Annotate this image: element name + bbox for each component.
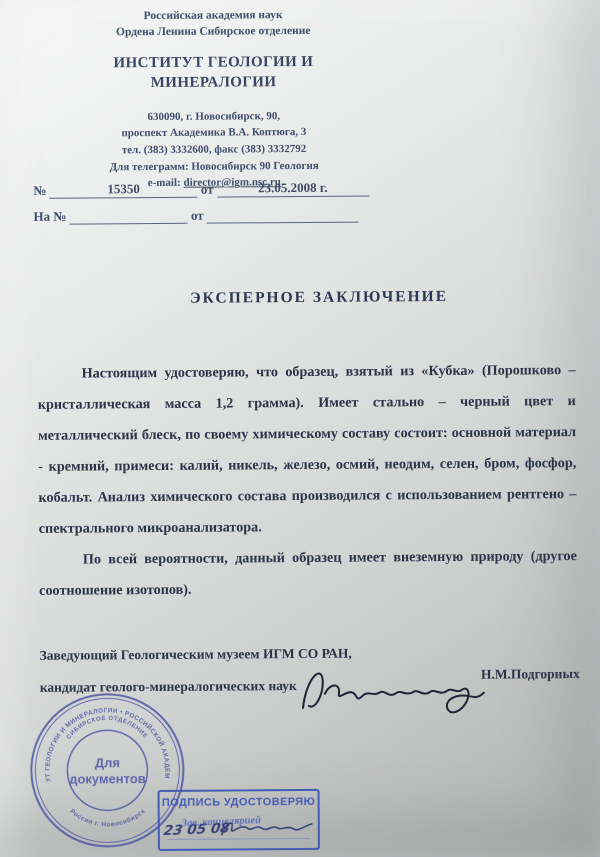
ref-number-field: 15350	[50, 181, 198, 199]
reply-date-field	[207, 206, 359, 224]
incoming-ref-row: На № от	[33, 205, 393, 225]
certification-stamp: ПОДПИСЬ УДОСТОВЕРЯЮ Зав. канцелярией 23 …	[158, 789, 320, 851]
outgoing-ref-row: № 15350 от 23.05.2008 г.	[33, 179, 393, 199]
ref-number-label: №	[33, 183, 46, 198]
org-name-line2: Ордена Ленина Сибирское отделение	[0, 23, 429, 42]
letterhead: Российская академия наук Ордена Ленина С…	[0, 7, 430, 193]
certification-stamp-title: ПОДПИСЬ УДОСТОВЕРЯЮ	[160, 796, 318, 809]
document-content: Российская академия наук Ордена Ленина С…	[0, 0, 600, 857]
seal-center-line1: Для	[95, 755, 120, 770]
institute-name-line2: МИНЕРАЛОГИИ	[0, 71, 430, 94]
reference-block: № 15350 от 23.05.2008 г. На № от	[33, 179, 393, 234]
handwritten-signature	[297, 649, 488, 735]
reply-number-field	[70, 207, 188, 225]
signer-name: Н.М.Подгорных	[481, 666, 580, 683]
scanned-letter-page: Российская академия наук Ордена Ленина С…	[0, 0, 600, 857]
body-paragraph-1: Настоящим удостоверяю, что образец, взят…	[38, 355, 577, 544]
reply-from-label: от	[191, 208, 204, 223]
document-body: Настоящим удостоверяю, что образец, взят…	[38, 355, 578, 606]
ref-date-field: 23.05.2008 г.	[217, 180, 369, 198]
body-paragraph-2: По всей вероятности, данный образец имее…	[39, 541, 577, 607]
reply-ref-label: На №	[33, 209, 66, 224]
ref-from-label: от	[201, 182, 214, 197]
ref-date-value: 23.05.2008 г.	[258, 180, 328, 195]
ref-number-value: 15350	[107, 181, 140, 196]
seal-center-line2: документов	[69, 771, 146, 787]
document-title: ЭКСПЕРНОЕ ЗАКЛЮЧЕНИЕ	[29, 287, 600, 309]
